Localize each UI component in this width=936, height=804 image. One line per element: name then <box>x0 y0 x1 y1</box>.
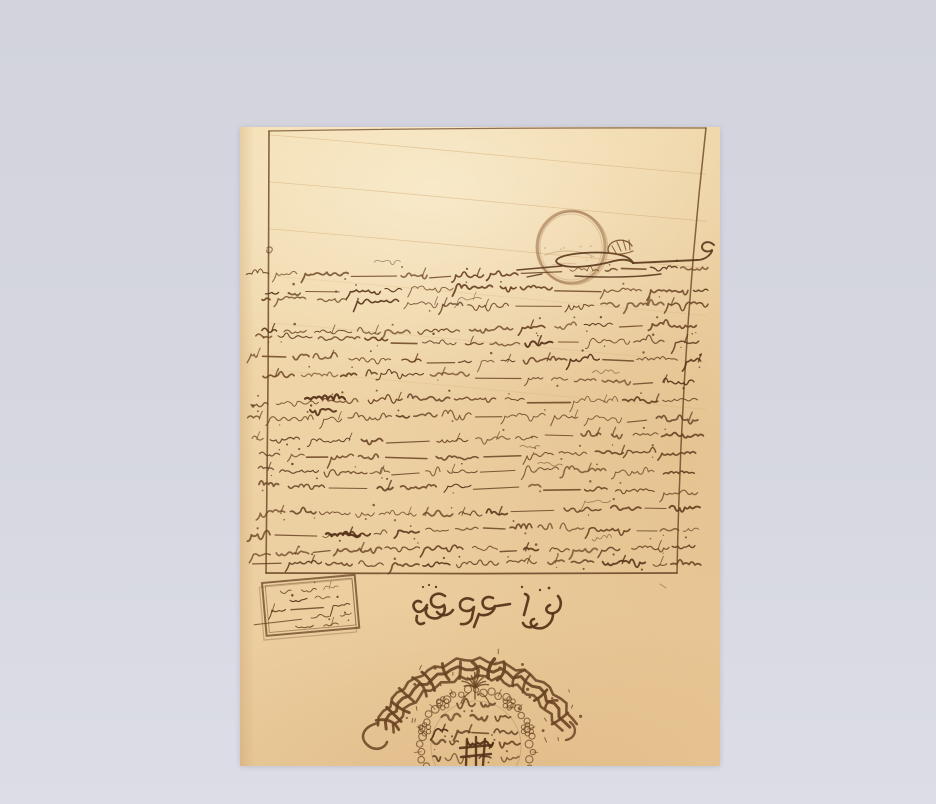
round-seal-stamp <box>537 211 608 285</box>
emblem-arc-calligraphy <box>363 649 582 749</box>
ruled-lines <box>270 135 706 409</box>
registry-stamp <box>251 575 360 641</box>
crescent-mark <box>608 240 633 254</box>
manuscript-photo <box>240 127 720 766</box>
handwritten-text-block <box>246 260 708 574</box>
viewer-background <box>0 0 936 804</box>
page-frame <box>266 128 706 588</box>
signature <box>414 584 561 628</box>
manuscript-ink-layer <box>240 127 720 766</box>
